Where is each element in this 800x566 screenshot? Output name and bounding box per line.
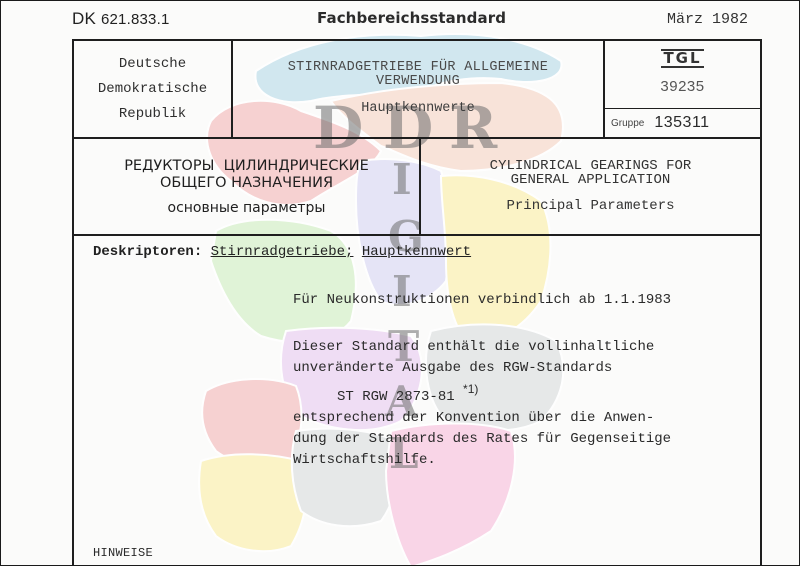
- hinweise-heading: HINWEISE: [93, 546, 153, 560]
- body-paragraph: Dieser Standard enthält die vollinhaltli…: [293, 337, 671, 471]
- body-line: entsprechend der Konvention über die Anw…: [293, 408, 671, 429]
- dk-classification: DK 621.833.1: [72, 9, 170, 29]
- standard-type: Fachbereichsstandard: [317, 9, 506, 27]
- st-rgw-line: ST RGW 2873-81 *1): [293, 379, 671, 408]
- title-en-cell: CYLINDRICAL GEARINGS FOR GENERAL APPLICA…: [421, 139, 760, 234]
- document-page: D D R I G I T A L DK 621.833.1 Fachberei…: [1, 1, 799, 565]
- issuer-line: Demokratische: [98, 77, 207, 102]
- dk-prefix: DK: [72, 9, 96, 28]
- title-de-cell: STIRNRADGETRIEBE FÜR ALLGEMEINE VERWENDU…: [233, 41, 603, 137]
- issuer-line: Republik: [119, 102, 186, 127]
- body-line: dung der Standards des Rates für Gegense…: [293, 429, 671, 450]
- table-border-right: [760, 39, 762, 565]
- descriptor-separator: ;: [345, 244, 353, 260]
- title-ru-cell: РЕДУКТОРЫ ЦИЛИНДРИЧЕСКИЕ ОБЩЕГО НАЗНАЧЕН…: [74, 139, 419, 234]
- descriptors: Deskriptoren: Stirnradgetriebe; Hauptken…: [93, 244, 471, 260]
- gruppe-label: Gruppe: [611, 118, 644, 129]
- body-line: Dieser Standard enthält die vollinhaltli…: [293, 337, 671, 358]
- tgl-logo: TGL: [661, 49, 703, 68]
- row-divider-2: [72, 234, 762, 236]
- title-en-line2: GENERAL APPLICATION: [511, 173, 671, 187]
- dk-number: 621.833.1: [101, 11, 170, 28]
- issuer-line: Deutsche: [119, 52, 186, 77]
- issue-date: März 1982: [667, 11, 748, 28]
- tgl-number: 39235: [660, 78, 704, 95]
- title-en-line1: CYLINDRICAL GEARINGS FOR: [490, 159, 692, 173]
- gruppe-number: 135311: [654, 114, 709, 132]
- title-de-subtitle: Hauptkennwerte: [361, 101, 474, 116]
- title-ru-line1: РЕДУКТОРЫ ЦИЛИНДРИЧЕСКИЕ: [124, 158, 369, 175]
- body-line: Wirtschaftshilfe.: [293, 450, 671, 471]
- st-rgw-number: ST RGW 2873-81: [337, 389, 455, 405]
- validity-statement: Für Neukonstruktionen verbindlich ab 1.1…: [293, 290, 671, 311]
- descriptor-keyword: Hauptkennwert: [362, 244, 471, 260]
- footnote-ref: *1): [463, 382, 478, 396]
- title-ru-line2: ОБЩЕГО НАЗНАЧЕНИЯ: [160, 175, 333, 192]
- body-line: unveränderte Ausgabe des RGW-Standards: [293, 358, 671, 379]
- issuer-cell: Deutsche Demokratische Republik: [74, 41, 231, 137]
- tgl-cell: TGL 39235: [605, 41, 760, 108]
- gruppe-cell: Gruppe 135311: [605, 109, 760, 137]
- title-de-line2: VERWENDUNG: [376, 75, 460, 89]
- title-ru-subtitle: основные параметры: [168, 200, 326, 216]
- descriptor-keyword: Stirnradgetriebe: [211, 244, 345, 260]
- title-de-line1: STIRNRADGETRIEBE FÜR ALLGEMEINE: [288, 61, 548, 75]
- title-en-subtitle: Principal Parameters: [506, 198, 674, 214]
- descriptors-label: Deskriptoren:: [93, 244, 202, 260]
